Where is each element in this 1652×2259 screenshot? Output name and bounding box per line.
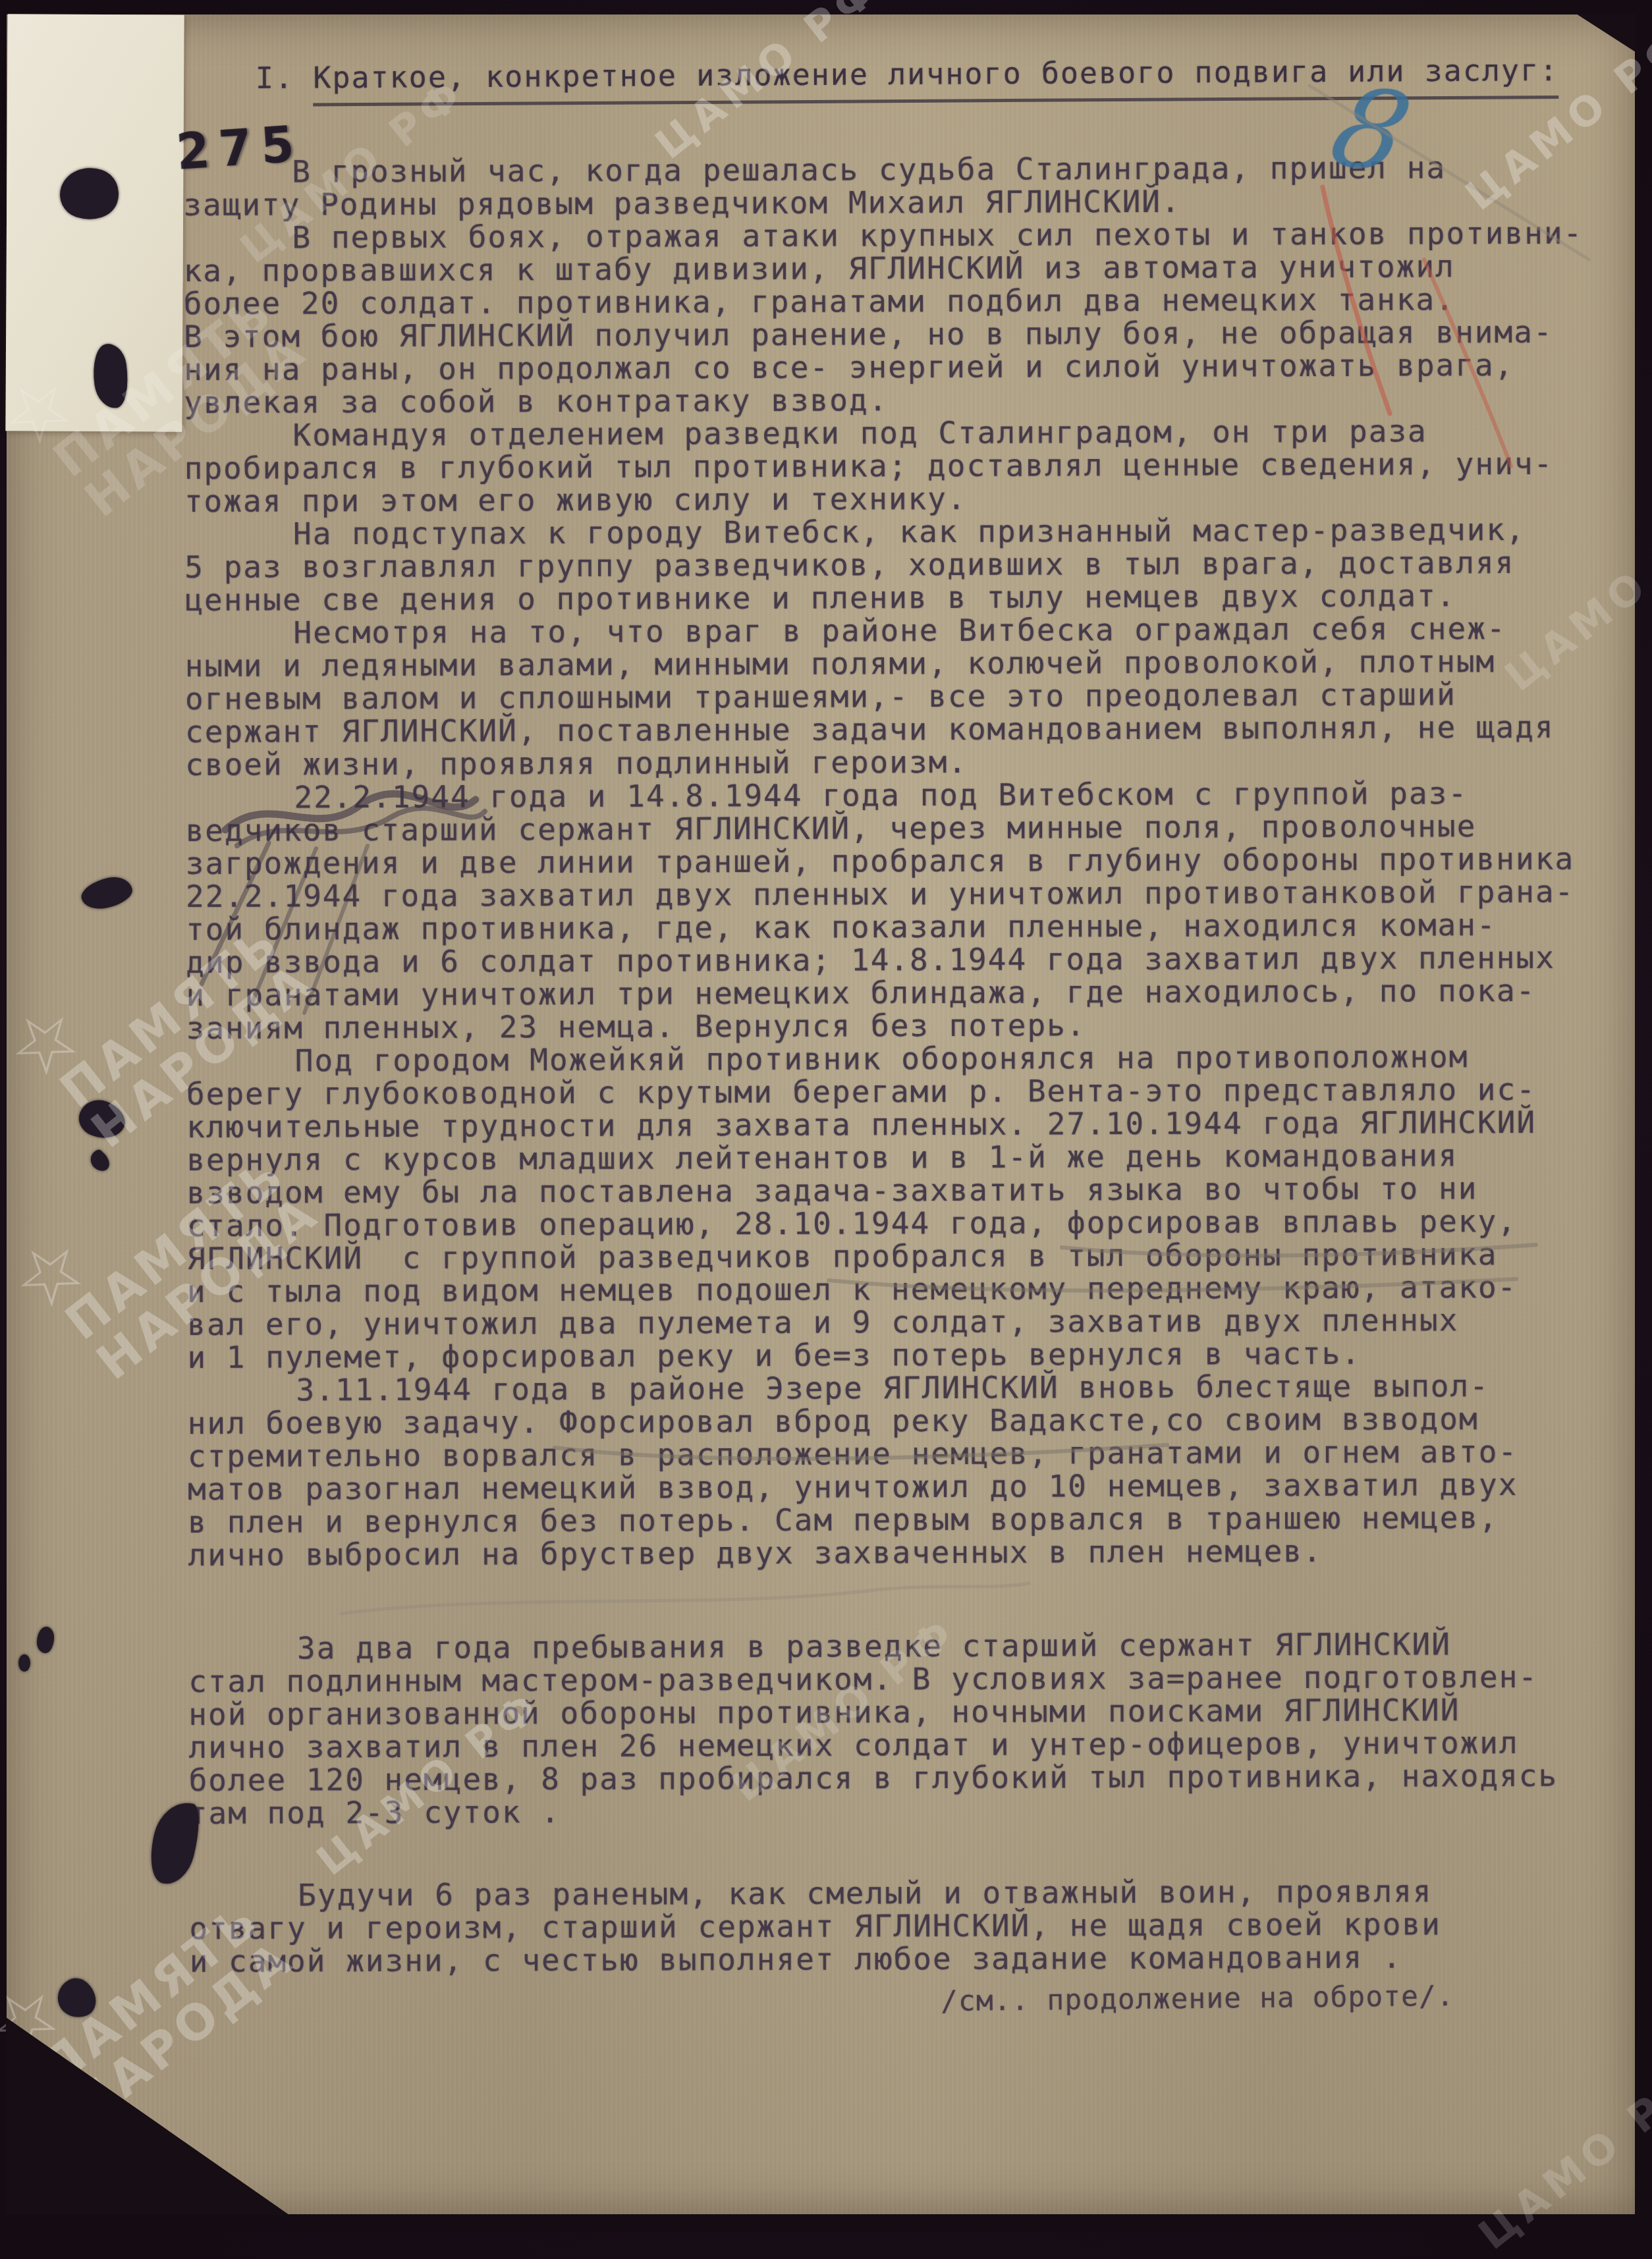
typed-line: в плен и вернулся без потерь. Сам первым… [188,1500,1652,1538]
paragraph: Командуя отделением разведки под Сталинг… [184,414,1652,518]
ink-blot [86,1148,113,1174]
paragraph: В первых боях, отражая атаки крупных сил… [183,216,1652,419]
paragraph: Несмотря на то, что враг в районе Витбес… [184,611,1652,781]
tsamo-watermark: ЦАМО РФ [1470,2054,1652,2231]
typed-line: там под 2-3 суток . [189,1791,1652,1830]
typed-line: и гранатами уничтожил три немецких блинд… [186,973,1652,1012]
typed-line: ния на раны, он продолжал со все- энерги… [184,348,1652,386]
paragraph: В грозный час, когда решалась судьба Ста… [183,150,1652,221]
paragraph: За два года пребывания в разведке старши… [188,1627,1652,1830]
citation-text-body: В грозный час, когда решалась судьба Ста… [183,150,1652,1978]
paragraph: 3.11.1944 года в районе Эзере ЯГЛИНСКИЙ … [187,1369,1652,1571]
typed-line: и самой жизни, с честью выполняет любое … [189,1940,1652,1978]
typed-line: вал его, уничтожил два пулемета и 9 солд… [187,1303,1652,1341]
section-number: І. [256,61,294,95]
ink-blot [52,1973,100,2023]
ink-blot [78,873,134,912]
paragraph: Будучи 6 раз раненым, как смелый и отваж… [189,1874,1652,1978]
typed-line: лично выбросил на бруствер двух захвачен… [188,1533,1652,1571]
ink-blot [74,1094,130,1145]
paragraph: На подступах к городу Витебск, как призн… [184,512,1652,616]
typed-line: увлекая за собой в контратаку взвод. [184,381,1652,419]
paragraph: Под городом Можейкяй противник оборонялс… [186,1039,1652,1374]
paragraph: 22.2.1944 года и 14.8.1944 года под Вите… [185,776,1652,1045]
typed-line: более 120 немцев, 8 раз пробирался в глу… [189,1758,1652,1797]
typed-line: отвагу и героизм, старший сержант ЯГЛИНС… [189,1907,1652,1945]
scanned-document-page: І. Краткое, конкретное изложение личного… [7,14,1635,2214]
archive-number-stamp: 275 [175,114,305,180]
ink-blot [37,1627,54,1653]
typed-line: В грозный час, когда решалась судьба Ста… [183,150,1652,188]
scan-corner-shadow [6,2017,289,2215]
continuation-note: /см.. продолжение на оброте/. [941,1980,1454,2018]
typed-line: пробирался в глубокий тыл противника; до… [184,447,1652,485]
typed-line: сержант ЯГЛИНСКИЙ, поставленные задачи к… [185,710,1652,748]
ink-blot [18,1654,30,1672]
scan-corner-shadow [1576,14,1636,52]
